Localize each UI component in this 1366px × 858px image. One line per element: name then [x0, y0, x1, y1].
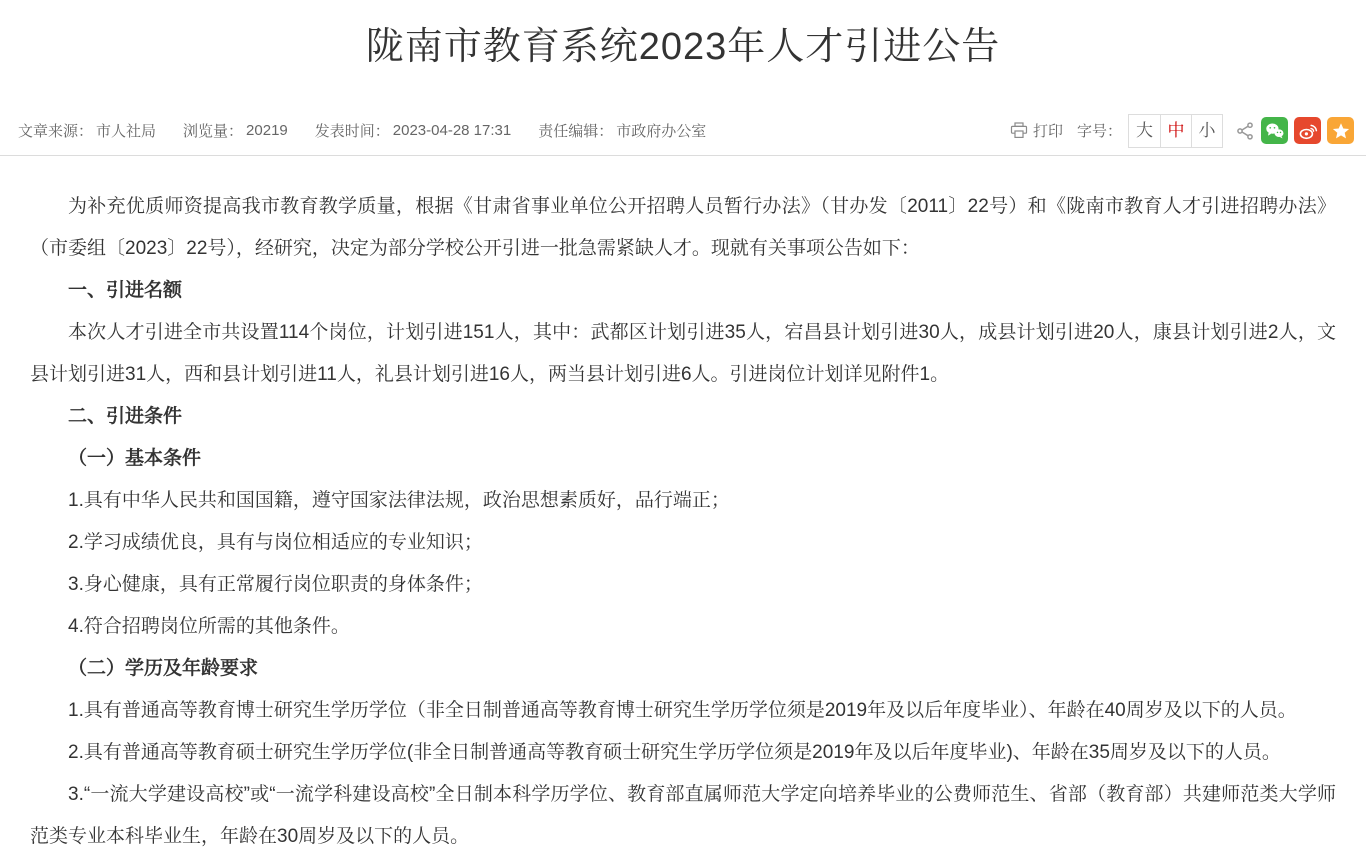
- paragraph: 3.身心健康，具有正常履行岗位职责的身体条件；: [30, 564, 1336, 606]
- share-icons: [1236, 117, 1354, 144]
- paragraph: 2.具有普通高等教育硕士研究生学历学位(非全日制普通高等教育硕士研究生学历学位须…: [30, 732, 1336, 774]
- font-size-option-large[interactable]: 大: [1129, 115, 1160, 147]
- meta-editor: 责任编辑：市政府办公室: [538, 120, 706, 141]
- print-label: 打印: [1033, 120, 1063, 141]
- section-heading: （二）学历及年龄要求: [30, 648, 1336, 690]
- article-page: 陇南市教育系统2023年人才引进公告 文章来源：市人社局浏览量：20219发表时…: [0, 0, 1366, 858]
- section-heading: （一）基本条件: [30, 438, 1336, 480]
- meta-bar: 文章来源：市人社局浏览量：20219发表时间：2023-04-28 17:31责…: [0, 106, 1366, 156]
- qzone-icon[interactable]: [1327, 117, 1354, 144]
- meta-publish: 发表时间：2023-04-28 17:31: [315, 120, 511, 141]
- weibo-icon[interactable]: [1294, 117, 1321, 144]
- paragraph: 2.学习成绩优良，具有与岗位相适应的专业知识；: [30, 522, 1336, 564]
- section-heading: 一、引进名额: [30, 270, 1336, 312]
- meta-views: 浏览量：20219: [183, 120, 288, 141]
- toolbar: 打印 字号： 大中小: [1010, 114, 1354, 148]
- page-title: 陇南市教育系统2023年人才引进公告: [0, 0, 1366, 70]
- printer-icon: [1010, 122, 1028, 139]
- paragraph: 1.具有普通高等教育博士研究生学历学位（非全日制普通高等教育博士研究生学历学位须…: [30, 690, 1336, 732]
- paragraph: 为补充优质师资提高我市教育教学质量，根据《甘肃省事业单位公开招聘人员暂行办法》（…: [30, 186, 1336, 270]
- meta-editor-label: 责任编辑：: [538, 120, 613, 141]
- font-size-switcher: 大中小: [1128, 114, 1223, 148]
- article-body: 为补充优质师资提高我市教育教学质量，根据《甘肃省事业单位公开招聘人员暂行办法》（…: [0, 156, 1366, 858]
- meta-publish-label: 发表时间：: [315, 120, 390, 141]
- paragraph: 1.具有中华人民共和国国籍，遵守国家法律法规，政治思想素质好，品行端正；: [30, 480, 1336, 522]
- section-heading: 二、引进条件: [30, 396, 1336, 438]
- wechat-icon[interactable]: [1261, 117, 1288, 144]
- share-nodes-icon[interactable]: [1236, 122, 1255, 140]
- font-size-label: 字号：: [1077, 120, 1122, 141]
- meta-editor-value: 市政府办公室: [616, 120, 706, 141]
- font-size-option-medium[interactable]: 中: [1160, 115, 1191, 147]
- print-button[interactable]: 打印: [1010, 120, 1063, 141]
- article-meta: 文章来源：市人社局浏览量：20219发表时间：2023-04-28 17:31责…: [18, 120, 706, 141]
- meta-source-value: 市人社局: [96, 120, 156, 141]
- paragraph: 4.符合招聘岗位所需的其他条件。: [30, 606, 1336, 648]
- paragraph: 本次人才引进全市共设置114个岗位，计划引进151人，其中：武都区计划引进35人…: [30, 312, 1336, 396]
- meta-views-value: 20219: [246, 122, 288, 139]
- meta-source: 文章来源：市人社局: [18, 120, 156, 141]
- meta-publish-value: 2023-04-28 17:31: [393, 122, 511, 139]
- meta-views-label: 浏览量：: [183, 120, 243, 141]
- meta-source-label: 文章来源：: [18, 120, 93, 141]
- font-size-option-small[interactable]: 小: [1191, 115, 1222, 147]
- paragraph: 3.“一流大学建设高校”或“一流学科建设高校”全日制本科学历学位、教育部直属师范…: [30, 774, 1336, 858]
